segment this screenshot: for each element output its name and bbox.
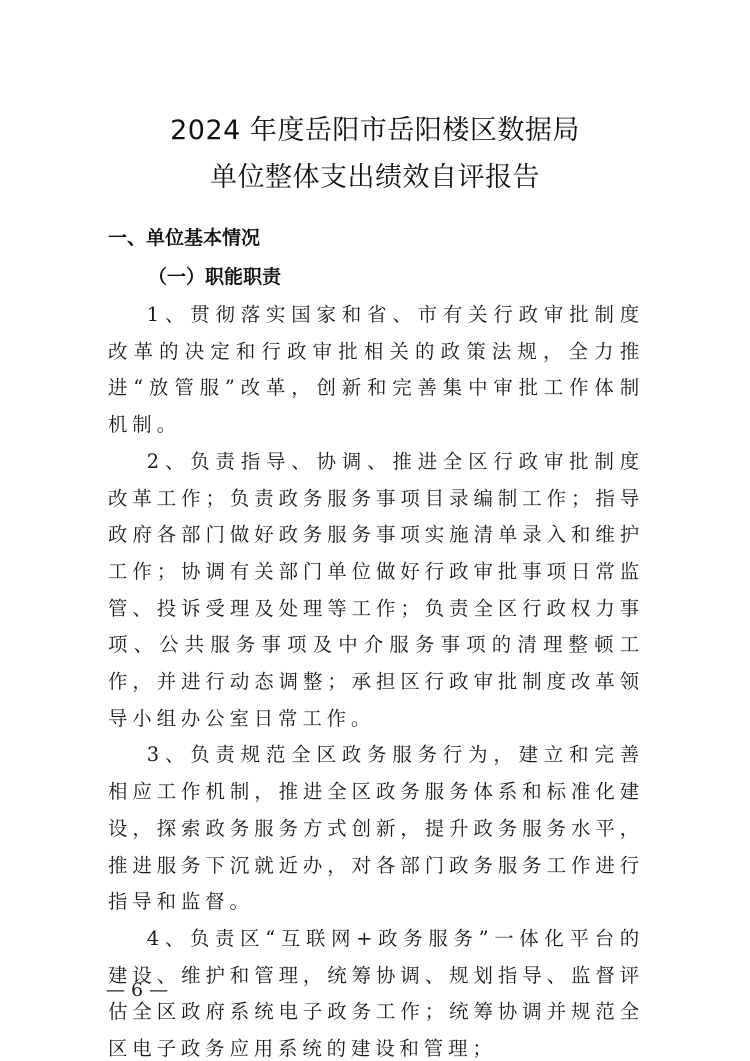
section-heading-basic-info: 一、单位基本情况	[108, 223, 260, 253]
paragraph-duty-2: 2、负责指导、协调、推进全区行政审批制度改革工作；负责政务服务事项目录编制工作；…	[108, 444, 644, 738]
document-page: 2024 年度岳阳市岳阳楼区数据局 单位整体支出绩效自评报告 一、单位基本情况 …	[0, 0, 750, 1061]
page-number: — 6 —	[106, 977, 168, 1003]
report-title-line-1: 2024 年度岳阳市岳阳楼区数据局	[0, 107, 750, 154]
paragraph-duty-4: 4、负责区“互联网+政务服务”一体化平台的建设、维护和管理，统筹协调、规划指导、…	[108, 921, 644, 1061]
subsection-heading-duties: （一）职能职责	[148, 262, 281, 292]
document-body: 1、贯彻落实国家和省、市有关行政审批制度改革的决定和行政审批相关的政策法规，全力…	[108, 297, 644, 1061]
paragraph-duty-3: 3、负责规范全区政务服务行为，建立和完善相应工作机制，推进全区政务服务体系和标准…	[108, 737, 644, 921]
report-title-line-2: 单位整体支出绩效自评报告	[0, 154, 750, 201]
paragraph-duty-1: 1、贯彻落实国家和省、市有关行政审批制度改革的决定和行政审批相关的政策法规，全力…	[108, 297, 644, 444]
